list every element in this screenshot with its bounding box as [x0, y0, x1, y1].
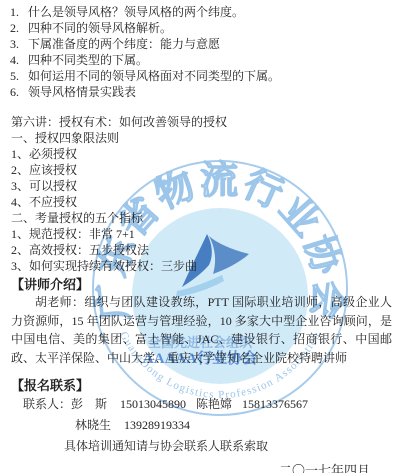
document-content: 1.什么是领导风格？领导风格的两个纬度。 2.四种不同的领导风格解析。 3.下属…	[0, 0, 400, 473]
outline-item-number: 1.	[10, 4, 28, 20]
lecture-six-line: 二、考量授权的五个指标	[11, 210, 392, 226]
lecture-six-line: 2、应该授权	[11, 162, 392, 178]
contact-person-phone: 15013045890	[120, 397, 186, 411]
lecture-six-line: 一、授权四象限法则	[11, 130, 392, 146]
lecture-six-line: 3、可以授权	[11, 178, 392, 194]
outline-item: 1.什么是领导风格？领导风格的两个纬度。	[10, 4, 392, 20]
outline-item: 4.四种不同类型的下属。	[10, 52, 392, 68]
contact-line-2: 林晓生13928919334	[0, 415, 400, 436]
lecture-six-title: 第六讲：授权有术：如何改善领导的授权	[11, 114, 392, 130]
lecture-six-line: 1、规范授权：非常 7+1	[11, 226, 392, 242]
outline-item: 2.四种不同的领导风格解析。	[10, 20, 392, 36]
contact-person-name: 林晓生	[75, 418, 111, 432]
outline-item-number: 4.	[10, 52, 28, 68]
document-page: 广东省物流行业协会 GuangDong Logistics Profession…	[0, 0, 400, 473]
outline-item: 3.下属准备度的两个纬度：能力与意愿	[10, 36, 392, 52]
contact-line-1: 联系人：彭 斯15013045890陈艳嫦15813376567	[0, 394, 400, 415]
contact-person-phone: 13928919334	[124, 418, 190, 432]
contact-person-name: 陈艳嫦	[196, 397, 232, 411]
outline-item-text: 如何运用不同的领导风格面对不同类型的下属。	[28, 69, 280, 83]
outline-item-text: 四种不同类型的下属。	[28, 53, 148, 67]
contact-label: 联系人：	[23, 397, 71, 411]
lecture-six-section: 第六讲：授权有术：如何改善领导的授权 一、授权四象限法则 1、必须授权 2、应该…	[0, 114, 400, 274]
outline-item-text: 四种不同的领导风格解析。	[28, 21, 172, 35]
contact-note: 具体培训通知请与协会联系人联系索取	[0, 436, 400, 457]
outline-item-text: 什么是领导风格？领导风格的两个纬度。	[28, 5, 244, 19]
outline-item-text: 领导风格情景实践表	[28, 85, 136, 99]
outline-item: 6.领导风格情景实践表	[10, 84, 392, 100]
lecture-six-line: 1、必须授权	[11, 146, 392, 162]
lecture-six-line: 3、如何实现持续有效授权：三步曲	[11, 258, 392, 274]
outline-item-number: 2.	[10, 20, 28, 36]
lecture-six-line: 4、不应授权	[11, 194, 392, 210]
instructor-section-heading: 【讲师介绍】	[0, 276, 400, 293]
contact-person-phone: 15813376567	[242, 397, 308, 411]
contact-section-heading: 【报名联系】	[0, 377, 400, 394]
contact-person-name: 彭 斯	[71, 397, 107, 411]
outline-item-text: 下属准备度的两个纬度：能力与意愿	[28, 37, 220, 51]
outline-item-number: 3.	[10, 36, 28, 52]
outline-item-number: 6.	[10, 84, 28, 100]
course-outline-list: 1.什么是领导风格？领导风格的两个纬度。 2.四种不同的领导风格解析。 3.下属…	[0, 0, 400, 100]
instructor-bio-text: 胡老师：组织与团队建设教练，PTT 国际职业培训师，高级企业人力资源师，15 年…	[0, 293, 400, 367]
outline-item-number: 5.	[10, 68, 28, 84]
document-date: 二〇一七年四月	[0, 463, 400, 473]
outline-item: 5.如何运用不同的领导风格面对不同类型的下属。	[10, 68, 392, 84]
lecture-six-line: 2、高效授权：五步授权法	[11, 242, 392, 258]
